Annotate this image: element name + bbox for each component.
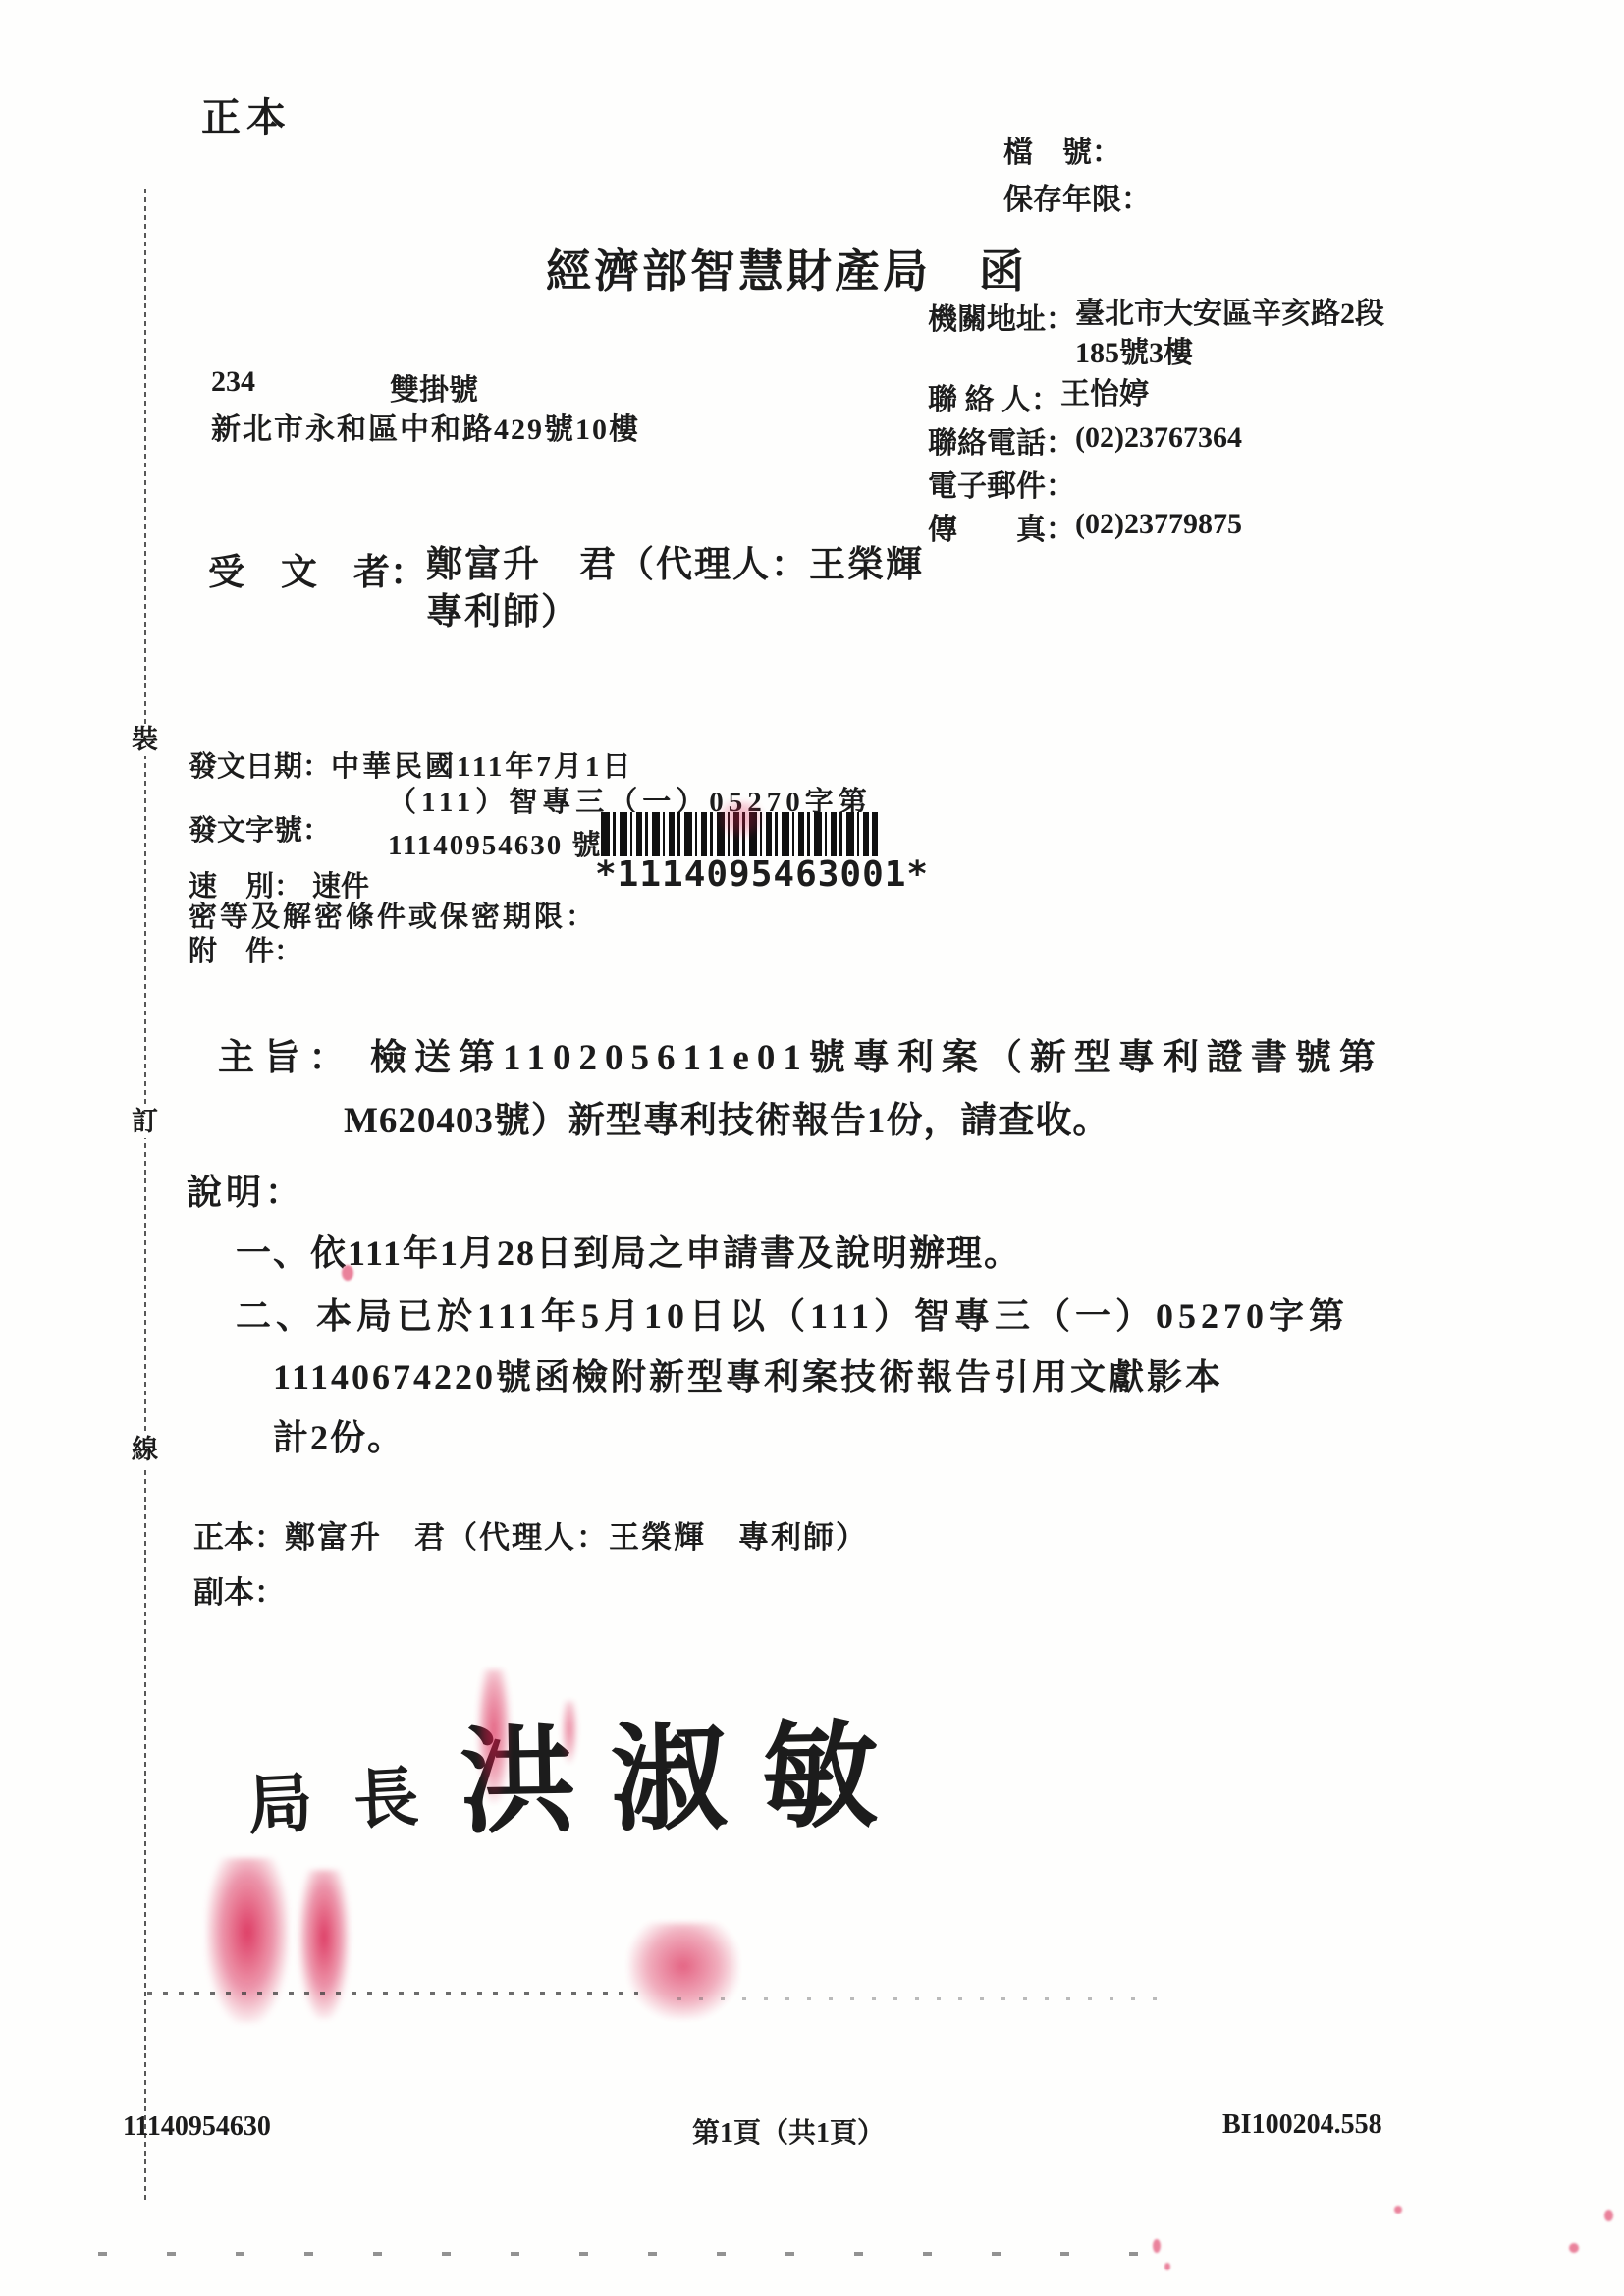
retention-label: 保存年限： — [1003, 175, 1151, 218]
stamp-smudge — [717, 801, 764, 839]
recipient-name-line1: 鄭富升 君（代理人：王榮輝 — [426, 542, 924, 589]
bottom-dotted-line — [98, 2252, 1139, 2256]
footer-doc-number: 11140954630 — [123, 2111, 271, 2143]
file-number-label: 檔 號： — [1003, 128, 1121, 171]
recipient-address: 新北市永和區中和路429號10樓 — [211, 405, 640, 448]
recipient-block: 受 文 者： 鄭富升 君（代理人：王榮輝 專利師） — [208, 542, 924, 636]
issue-date-value: 中華民國111年7月1日 — [331, 751, 633, 783]
agency-email-value — [1075, 462, 1409, 505]
agency-fax-row: 傳 真：(02)23779875 — [928, 505, 1409, 548]
agency-address-label: 機關地址： — [928, 295, 1075, 373]
red-speck — [1164, 2263, 1170, 2270]
explanation-item1: 一、依111年1月28日到局之申請書及說明辦理。 — [236, 1226, 1021, 1276]
recipient-label: 受 文 者： — [208, 542, 426, 636]
red-speck — [1394, 2206, 1402, 2214]
signature-name: 洪淑敏 — [459, 1681, 915, 1856]
explanation-label: 說明： — [187, 1165, 304, 1215]
footer-file-code: BI100204.558 — [1222, 2109, 1382, 2141]
subject-line1: 檢送第110205611e01號專利案（新型專利證書號第 — [370, 1027, 1383, 1080]
recipient-name-line2: 專利師） — [426, 589, 924, 636]
postal-code: 234 — [211, 365, 255, 399]
agency-contact-block: 機關地址：臺北市大安區辛亥路2段185號3樓 聯 絡 人：王怡婷 聯絡電話：(0… — [928, 295, 1409, 548]
distribution-cc-label: 副本： — [193, 1567, 285, 1612]
red-speck — [1569, 2243, 1579, 2253]
agency-fax-label: 傳 真： — [928, 505, 1075, 548]
document-title: 經濟部智慧財產局 函 — [546, 236, 1027, 301]
explanation-item2-line2: 11140674220號函檢附新型專利案技術報告引用文獻影本 — [273, 1349, 1223, 1399]
agency-phone-row: 聯絡電話：(02)23767364 — [928, 418, 1409, 462]
explanation-item2-line3: 計2份。 — [273, 1410, 405, 1460]
stamp-smudge — [206, 1858, 289, 2023]
explanation-item2-line1: 二、本局已於111年5月10日以（111）智專三（一）05270字第 — [236, 1288, 1349, 1339]
agency-email-label: 電子郵件： — [928, 462, 1075, 505]
distribution-original-label: 正本： — [193, 1520, 285, 1555]
subject-label: 主 旨 ： — [218, 1027, 346, 1080]
subject-line2: M620403號）新型專利技術報告1份，請查收。 — [344, 1090, 1110, 1143]
agency-address-value: 臺北市大安區辛亥路2段185號3樓 — [1075, 295, 1409, 373]
red-speck — [1153, 2239, 1161, 2253]
copy-type-label: 正本 — [201, 86, 292, 142]
agency-phone-value: (02)23767364 — [1075, 418, 1409, 462]
signer-title: 局長 — [245, 1742, 462, 1846]
agency-address-row: 機關地址：臺北市大安區辛亥路2段185號3樓 — [928, 295, 1409, 373]
red-speck — [342, 1265, 353, 1281]
binding-mark-ding: 訂 — [132, 1106, 158, 1138]
issue-date-label: 發文日期： — [189, 751, 331, 783]
stamp-smudge — [477, 1669, 511, 1803]
delivery-type: 雙掛號 — [390, 365, 478, 409]
ref-number-label: 發文字號： — [189, 808, 331, 848]
barcode-text: *1114095463001* — [595, 854, 929, 895]
dotted-separator — [677, 1997, 1168, 2000]
agency-phone-label: 聯絡電話： — [928, 418, 1075, 462]
ref-number-line2: 11140954630 號 — [388, 823, 603, 863]
scanned-official-letter: 裝 訂 線 正本 檔 號： 保存年限： 經濟部智慧財產局 函 機關地址：臺北市大… — [0, 0, 1624, 2296]
footer-page-info: 第1頁（共1頁） — [692, 2111, 885, 2151]
agency-email-row: 電子郵件： — [928, 462, 1409, 505]
binding-dashed-line — [144, 189, 146, 2204]
red-speck — [1604, 2210, 1613, 2221]
stamp-smudge — [628, 1923, 738, 2019]
issue-date-row: 發文日期：中華民國111年7月1日 — [189, 744, 633, 785]
agency-contact-value: 王怡婷 — [1060, 375, 1394, 418]
stamp-smudge — [298, 1870, 350, 2019]
stamp-smudge — [562, 1701, 577, 1764]
agency-fax-value: (02)23779875 — [1075, 505, 1409, 548]
binding-mark-zhuang: 裝 — [132, 724, 158, 756]
distribution-original-row: 正本：鄭富升 君（代理人：王榮輝 專利師） — [193, 1512, 868, 1557]
agency-contact-row: 聯 絡 人：王怡婷 — [928, 375, 1409, 418]
distribution-original-value: 鄭富升 君（代理人：王榮輝 專利師） — [285, 1520, 868, 1555]
binding-mark-xian: 線 — [132, 1434, 158, 1466]
attachment-label: 附 件： — [189, 929, 302, 969]
dotted-separator — [147, 1992, 638, 1995]
agency-contact-label: 聯 絡 人： — [928, 375, 1060, 418]
